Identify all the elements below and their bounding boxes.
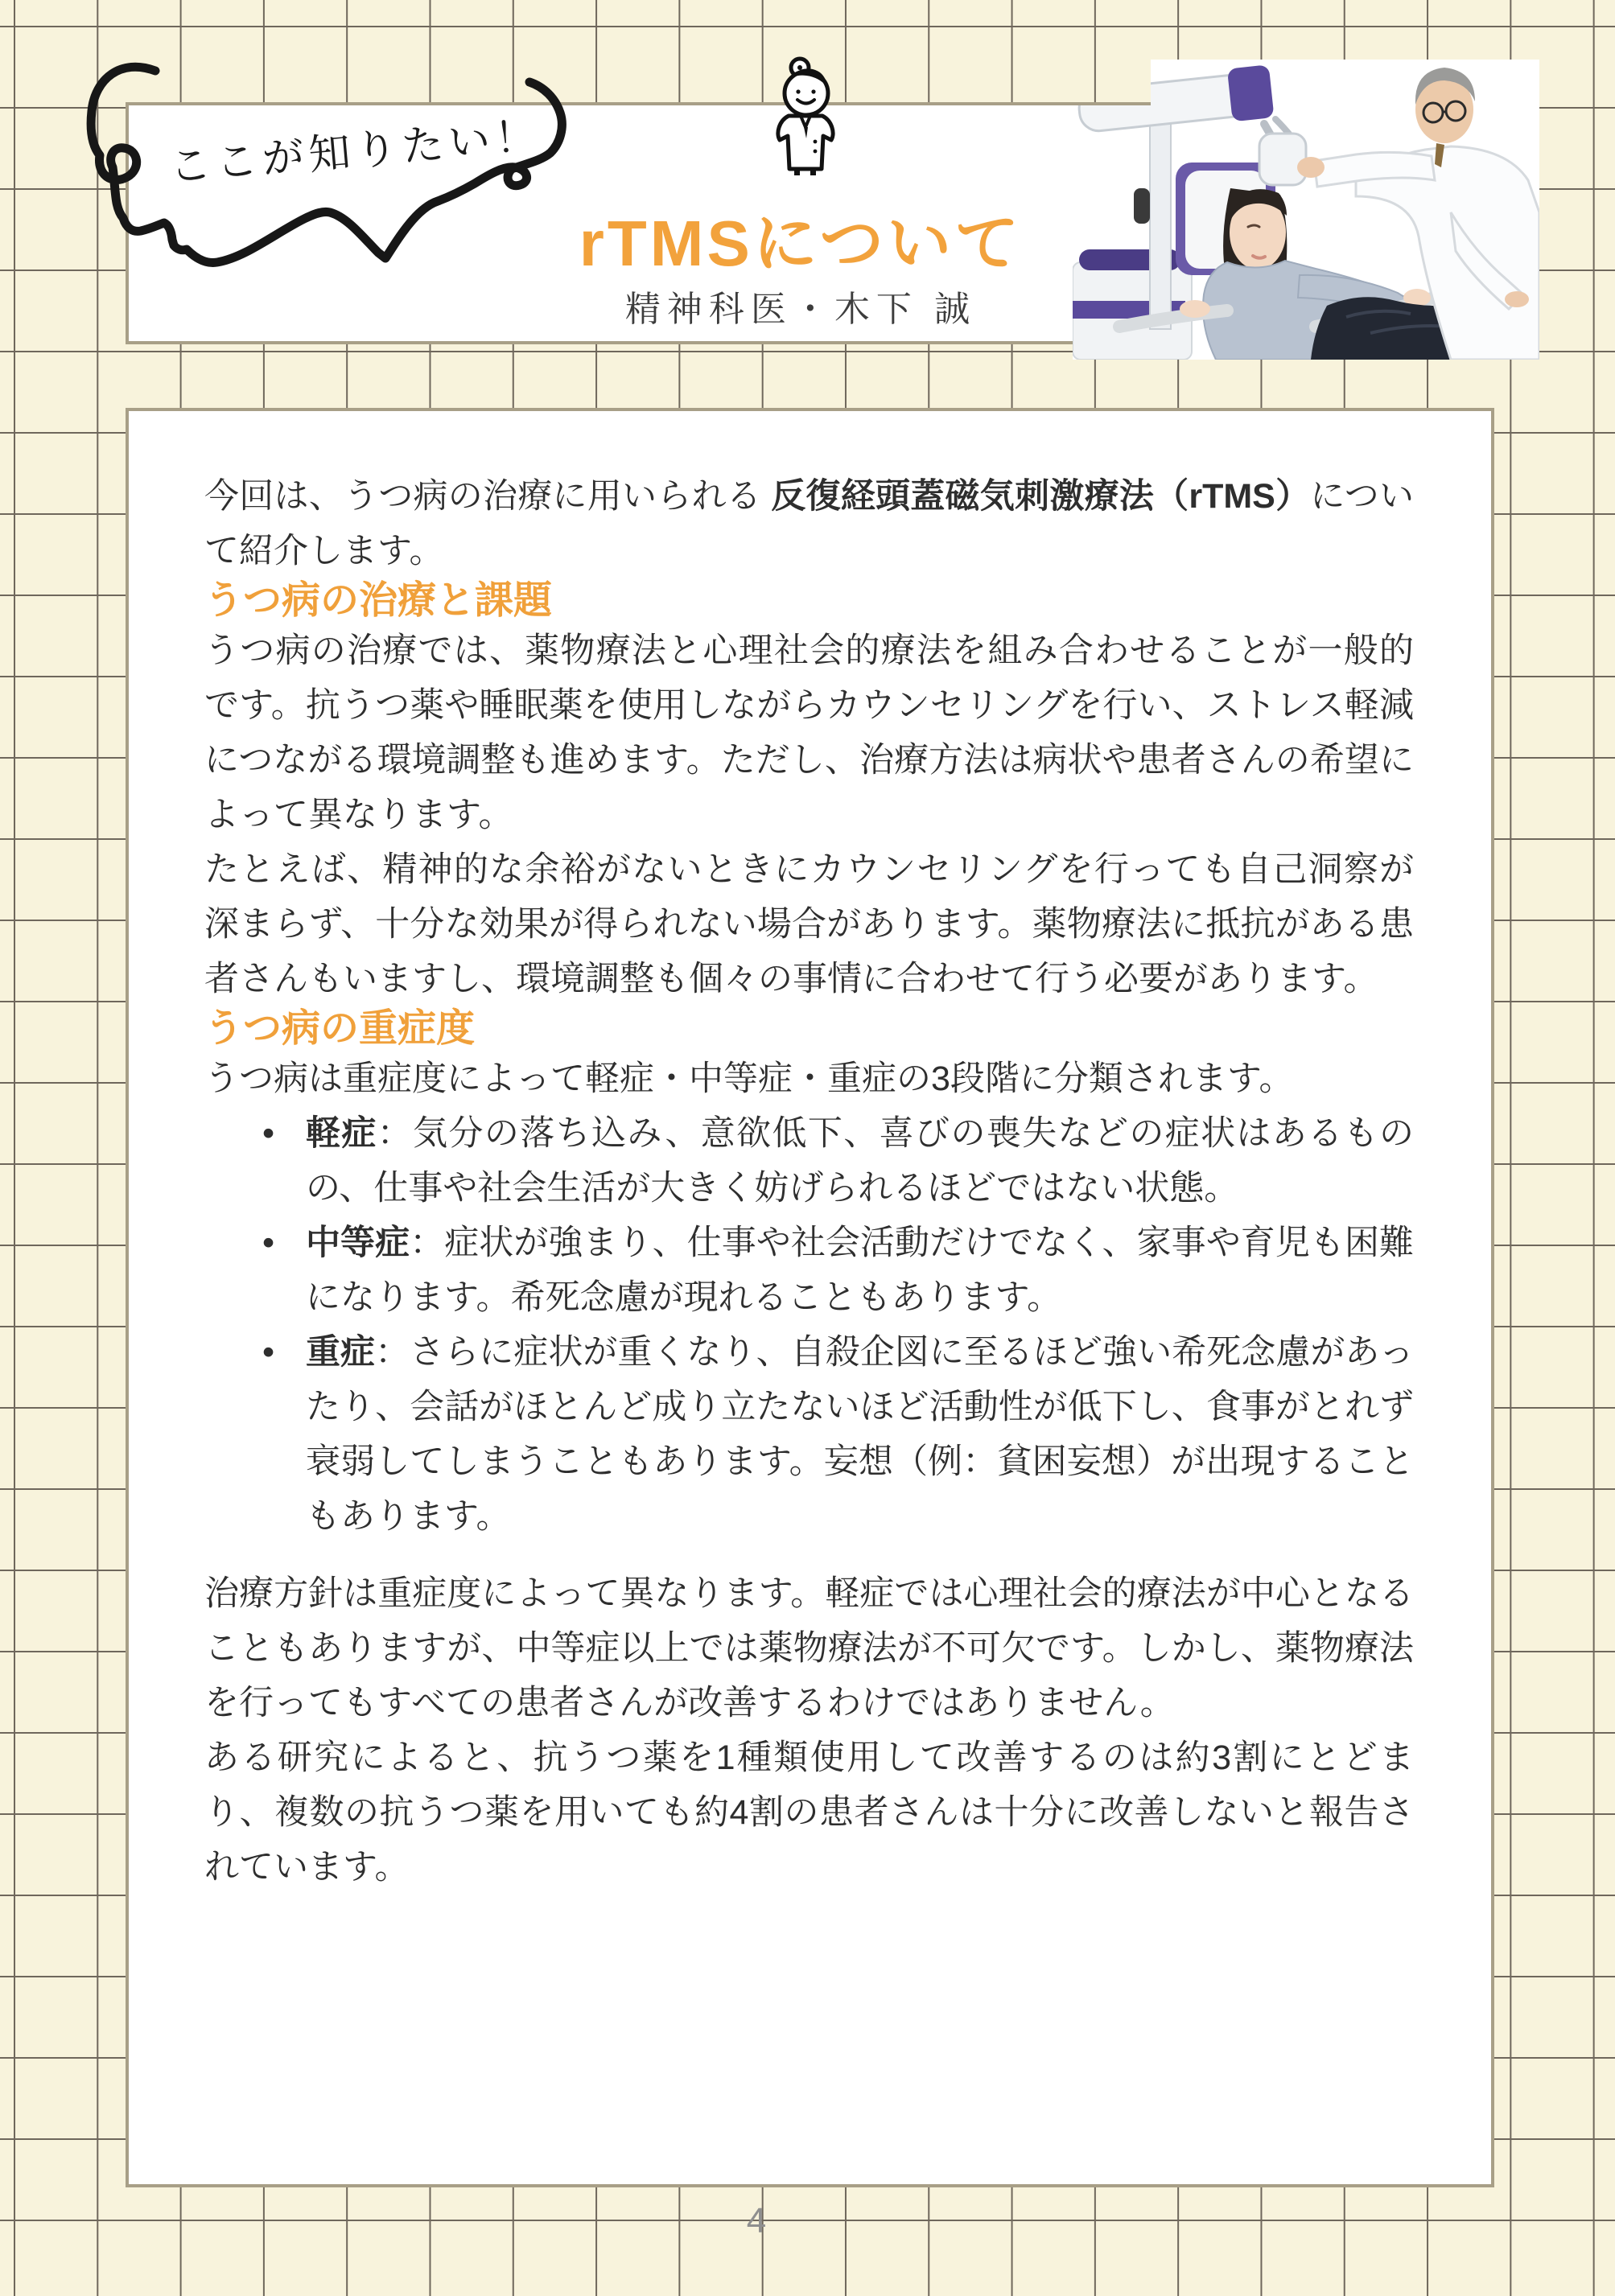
severity-text: 気分の落ち込み、意欲低下、喜びの喪失などの症状はあるものの、仕事や社会生活が大き… — [306, 1114, 1414, 1208]
section2-paragraph-4: ある研究によると、抗うつ薬を1種類使用して改善するのは約3割にとどまり、複数の抗… — [204, 1730, 1414, 1895]
section-heading-severity: うつ病の重症度 — [204, 1006, 1414, 1051]
section-heading-treatment: うつ病の治療と課題 — [204, 578, 1414, 623]
bullet-icon: • — [262, 1216, 274, 1270]
section2-paragraph-3: 治療方針は重症度によって異なります。軽症では心理社会的療法が中心となることもあり… — [204, 1566, 1414, 1730]
speech-bubble: ここが知りたい！ — [64, 47, 587, 312]
severity-separator: ： — [410, 1224, 444, 1262]
severity-text: 症状が強まり、仕事や社会活動だけでなく、家事や育児も困難になります。希死念慮が現… — [306, 1224, 1414, 1317]
list-item-moderate: •中等症：症状が強まり、仕事や社会活動だけでなく、家事や育児も困難になります。希… — [204, 1216, 1414, 1325]
intro-bold-term: 反復経頭蓋磁気刺激療法（rTMS） — [771, 477, 1310, 516]
section1-paragraph-1: うつ病の治療では、薬物療法と心理社会的療法を組み合わせることが一般的です。抗うつ… — [204, 623, 1414, 842]
page-subtitle: 精神科医・木下 誠 — [523, 280, 1078, 331]
document-page: ここが知りたい！ rTMSについて 精神科医・木下 誠 今回は、うつ病の治療に用… — [0, 0, 1615, 2296]
section2-lead: うつ病は重症度によって軽症・中等症・重症の3段階に分類されます。 — [204, 1051, 1414, 1106]
severity-text: さらに症状が重くなり、自殺企図に至るほど強い希死念慮があったり、会話がほとんど成… — [306, 1333, 1414, 1536]
severity-label: 中等症 — [306, 1224, 410, 1262]
page-title: rTMSについて — [523, 191, 1078, 284]
severity-label: 重症 — [306, 1333, 375, 1372]
page-number: 4 — [636, 2201, 877, 2241]
list-item-mild: •軽症：気分の落ち込み、意欲低下、喜びの喪失などの症状はあるものの、仕事や社会生… — [204, 1106, 1414, 1216]
content-card: 今回は、うつ病の治療に用いられる 反復経頭蓋磁気刺激療法（rTMS）について紹介… — [126, 408, 1494, 2187]
severity-separator: ： — [377, 1114, 413, 1153]
list-item-severe: •重症：さらに症状が重くなり、自殺企図に至るほど強い希死念慮があったり、会話がほ… — [204, 1325, 1414, 1544]
bullet-icon: • — [262, 1325, 274, 1380]
severity-label: 軽症 — [306, 1114, 377, 1153]
section1-paragraph-2: たとえば、精神的な余裕がないときにカウンセリングを行っても自己洞察が深まらず、十… — [204, 842, 1414, 1006]
doctor-icon — [771, 55, 838, 175]
severity-separator: ： — [375, 1333, 410, 1372]
bullet-icon: • — [262, 1106, 274, 1161]
intro-paragraph: 今回は、うつ病の治療に用いられる 反復経頭蓋磁気刺激療法（rTMS）について紹介… — [204, 469, 1414, 578]
severity-list: •軽症：気分の落ち込み、意欲低下、喜びの喪失などの症状はあるものの、仕事や社会生… — [204, 1106, 1414, 1544]
intro-prefix: 今回は、うつ病の治療に用いられる — [204, 477, 771, 516]
